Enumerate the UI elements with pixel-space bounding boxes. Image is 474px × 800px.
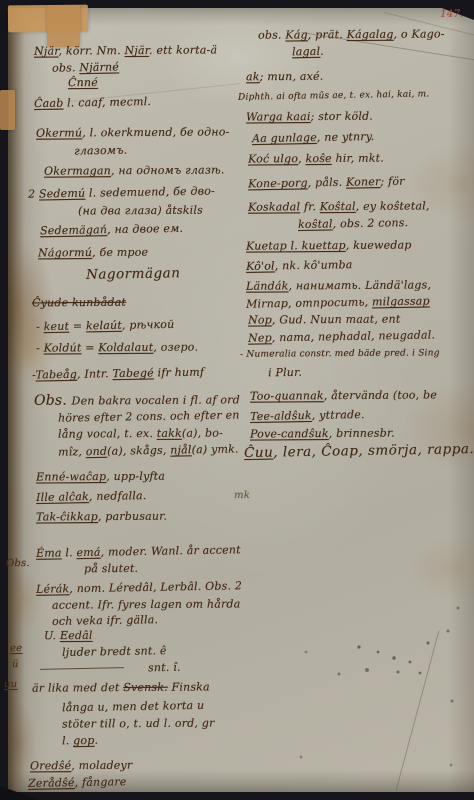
text-segment: = xyxy=(81,341,98,354)
headword: Koć ulgo xyxy=(248,152,298,165)
tape-patch xyxy=(0,90,15,130)
headword: takk xyxy=(157,427,182,440)
margin-note: ee xyxy=(10,643,22,654)
headword: Ĉnné xyxy=(68,76,98,89)
headword: Kone-porg xyxy=(248,176,308,190)
text-segment: , Gud. Nuun maat, ent xyxy=(272,312,401,326)
headword: Njärné xyxy=(79,60,119,74)
text-segment: lång vocal, t. ex. xyxy=(58,427,157,441)
headword: Okermú xyxy=(36,126,82,139)
manuscript-line: Pove-candŝuk, brinnesbr. xyxy=(250,426,395,440)
text-segment: mîz, xyxy=(58,445,86,458)
headword: Kág xyxy=(285,28,308,41)
headword: Kágalag xyxy=(347,28,394,41)
manuscript-line: Warga kaai; stor köld. xyxy=(246,110,373,124)
text-segment: , рѣчкой xyxy=(122,318,175,332)
manuscript-line: obs. Kág, prät. Kágalag, o Kago- xyxy=(258,27,445,41)
headword: Koldalaut xyxy=(98,341,153,354)
manuscript-line: i Plur. xyxy=(268,366,302,380)
text-segment: . xyxy=(94,734,98,747)
text-segment: ee xyxy=(10,643,22,654)
headword: Ländák xyxy=(246,279,289,292)
manuscript-line: U. Eedâl xyxy=(44,629,93,642)
text-segment: accent. Ifr. fyres lagen om hårda xyxy=(52,597,240,611)
text-segment: stöter till o, t. ud l. ord, gr xyxy=(62,716,215,730)
margin-note: ü xyxy=(12,659,19,670)
struck-text: Svensk. xyxy=(123,681,168,694)
manuscript-line: Sedemägań, на двое ем. xyxy=(40,222,183,237)
text-segment: ; mun, axé. xyxy=(260,70,324,83)
headword: Ĉuu xyxy=(244,444,273,461)
headword: Aa gunlage xyxy=(252,131,317,145)
headword: kelaút xyxy=(86,319,122,333)
manuscript-line: Ĉnné xyxy=(68,76,98,89)
text-segment: ; för xyxy=(380,175,404,188)
text-segment: l. xyxy=(62,734,73,747)
text-segment: , ne ytnry. xyxy=(317,130,375,144)
manuscript-line: Obs. Den bakra vocalen i fl. af ord xyxy=(34,391,240,408)
text-segment: , на двое ем. xyxy=(107,222,183,236)
text-segment: (a), bo- xyxy=(182,426,223,439)
manuscript-line: Ille alĉak, nedfalla. xyxy=(36,489,147,504)
headword: Sedemägań xyxy=(40,223,107,237)
text-segment: , kuewedap xyxy=(346,238,412,251)
manuscript-line: Aa gunlage, ne ytnry. xyxy=(252,130,375,145)
headword: gop xyxy=(73,734,95,747)
text-segment: - xyxy=(36,342,44,355)
text-segment: uu xyxy=(4,679,17,690)
text-segment: och veka ifr. gälla. xyxy=(52,613,158,628)
text-segment: , prät. xyxy=(308,28,347,41)
text-segment: , l. okerkmuend, бе одно- xyxy=(82,125,229,139)
text-segment: ljuder bredt snt. ê xyxy=(62,644,167,659)
text-segment: (a), skågs, xyxy=(107,444,170,458)
headword: Okermagan xyxy=(44,164,111,177)
text-segment: . ett korta-ä xyxy=(149,43,217,56)
headword: emá xyxy=(76,546,100,559)
headword: ak xyxy=(246,70,260,83)
text-segment: , ey koŝtetal, xyxy=(356,199,430,213)
headword: Koldút xyxy=(44,341,82,354)
text-segment: (a) ymk. xyxy=(191,442,238,456)
text-segment: l. xyxy=(62,546,77,559)
manuscript-line: Kone-porg, påls. Koner; för xyxy=(248,175,405,191)
manuscript-line: och veka ifr. gälla. xyxy=(52,613,158,628)
text-segment: , brinnesbr. xyxy=(329,426,395,439)
manuscript-line: långa u, men det korta u xyxy=(62,699,204,714)
text-segment: U. xyxy=(44,629,60,642)
headword: lagal xyxy=(292,45,320,58)
text-segment: Nagormägan xyxy=(86,265,181,283)
manuscript-line: snt. î. xyxy=(148,661,181,675)
manuscript-line: Okermagan, на одномъ глазѣ. xyxy=(44,163,225,177)
manuscript-line: Ländák, нанимать. Ländä'lags, xyxy=(246,278,431,292)
headword: Too-quannak xyxy=(250,389,324,403)
manuscript-line: Koć ulgo, koŝe hir, mkt. xyxy=(248,152,384,166)
manuscript-line: Oredŝé, moladeyr xyxy=(30,759,132,773)
manuscript-line: (на два глаза) åtskils xyxy=(78,204,203,218)
manuscript-line: Too-quannak, återvända (too, be xyxy=(250,388,437,402)
text-segment: = xyxy=(69,319,86,332)
headword: Njär xyxy=(124,44,149,57)
headword: Nágormú xyxy=(38,246,92,259)
text-segment: , нанимать. Ländä'lags, xyxy=(288,278,431,292)
text-segment: - Numeralia constr. med bäde pred. i Sin… xyxy=(240,348,440,359)
text-segment: ü xyxy=(12,659,19,670)
text-segment: är lika med det xyxy=(32,681,123,695)
manuscript-line: accent. Ifr. fyres lagen om hårda xyxy=(52,597,240,611)
headword: milgassap xyxy=(372,294,430,308)
tape-patch xyxy=(47,5,80,47)
headword: Ille alĉak xyxy=(36,490,89,504)
text-segment: l. sedemuend, бе дво- xyxy=(85,184,215,199)
headword: Sedemú xyxy=(39,187,86,201)
text-segment: ifr humf xyxy=(154,365,205,379)
text-segment: i Plur. xyxy=(268,366,302,380)
manuscript-line: Enné-waĉap, upp-lyfta xyxy=(36,470,165,484)
text-segment: l. caaf, mecml. xyxy=(63,95,151,110)
headword: njål xyxy=(170,443,192,456)
text-segment: , parbusaur. xyxy=(98,510,167,523)
headword: Tabeåg xyxy=(35,368,77,382)
headword: keut xyxy=(44,320,70,333)
text-segment: Mirnap, отпросить, xyxy=(246,295,372,310)
headword: Éma xyxy=(36,546,62,559)
manuscript-line: Tak-ĉikkap, parbusaur. xyxy=(36,510,167,524)
margin-note: Obs. xyxy=(6,558,30,569)
page-number: 147. xyxy=(440,8,463,20)
text-segment: Den bakra vocalen i fl. af ord xyxy=(71,393,239,407)
manuscript-line: Zerådŝé, fångare xyxy=(28,775,127,790)
text-segment: Obs. xyxy=(6,558,30,569)
headword: koŝtal xyxy=(298,217,333,231)
text-segment: snt. î. xyxy=(148,661,181,675)
text-segment: obs. xyxy=(258,28,285,41)
manuscript-line: - Numeralia constr. med bäde pred. i Sin… xyxy=(240,348,440,359)
manuscript-line: ak; mun, axé. xyxy=(246,70,323,84)
headword: Koŝtal xyxy=(320,200,356,213)
manuscript-line: Kuetap l. kuettap, kuewedap xyxy=(246,238,412,252)
headword: Eedâl xyxy=(60,629,93,642)
text-segment: , påls. xyxy=(308,176,347,190)
headword: Oredŝé xyxy=(30,759,71,772)
margin-note: mk xyxy=(234,490,250,501)
text-segment: , Intr. xyxy=(77,367,113,381)
headword: Zerådŝé xyxy=(28,776,75,790)
headword: Njär xyxy=(34,44,59,57)
text-segment: obs. xyxy=(52,61,80,74)
manuscript-scan: 147. Njär, körr. Nm. Njär. ett korta-ä o… xyxy=(0,0,474,800)
manuscript-line: på slutet. xyxy=(84,562,138,575)
manuscript-line: Nop, Gud. Nuun maat, ent xyxy=(248,312,400,326)
manuscript-line: stöter till o, t. ud l. ord, gr xyxy=(62,716,215,730)
text-segment: mk xyxy=(234,490,250,501)
manuscript-line: ljuder bredt snt. ê xyxy=(62,644,167,659)
text-segment: , körr. Nm. xyxy=(58,44,124,57)
headword: Kuetap l. kuettap xyxy=(246,239,346,253)
headword: Lérák xyxy=(36,582,70,596)
text-segment: , на одномъ глазѣ. xyxy=(111,163,225,177)
manuscript-line: lång vocal, t. ex. takk(a), bo- xyxy=(58,426,223,440)
headword: Tak-ĉikkap xyxy=(36,510,98,523)
manuscript-line: koŝtal, obs. 2 cons. xyxy=(298,216,408,231)
margin-note: uu xyxy=(4,679,17,690)
text-segment: 2 xyxy=(28,187,39,200)
manuscript-line: глазомъ. xyxy=(74,144,128,158)
text-segment: (на два глаза) åtskils xyxy=(78,204,203,218)
manuscript-line: Okermú, l. okerkmuend, бе одно- xyxy=(36,125,230,139)
manuscript-line: Ĉaab l. caaf, mecml. xyxy=(34,95,151,110)
text-segment: , upp-lyfta xyxy=(106,470,165,483)
headword: Warga kaai xyxy=(246,110,311,123)
text-segment: , o Kago- xyxy=(393,27,444,40)
headword: ond xyxy=(86,445,108,458)
text-segment: på slutet. xyxy=(84,562,138,575)
headword: Tee-aldŝuk xyxy=(250,409,312,423)
manuscript-line: Njär, körr. Nm. Njär. ett korta-ä xyxy=(34,43,217,57)
text-segment: , fångare xyxy=(74,775,126,789)
text-segment: Obs. xyxy=(34,392,72,408)
ink-bleed-specks xyxy=(0,0,2,2)
manuscript-line: lagal. xyxy=(292,45,324,59)
manuscript-line: obs. Njärné xyxy=(52,60,119,74)
text-segment: , moder. Wanl. år accent xyxy=(100,543,240,558)
headword: Pove-candŝuk xyxy=(250,427,329,441)
manuscript-line: - Koldút = Koldalaut, озеро. xyxy=(36,340,198,354)
text-segment: , nedfalla. xyxy=(89,489,147,503)
text-segment: ; stor köld. xyxy=(311,110,373,123)
manuscript-line: Ĉyude kunbådat xyxy=(32,296,126,310)
text-segment: Finska xyxy=(168,680,210,693)
headword: Kô'ol xyxy=(246,259,275,272)
text-segment: hir, mkt. xyxy=(332,152,384,165)
text-segment: глазомъ. xyxy=(74,144,128,158)
headword: Enné-waĉap xyxy=(36,470,106,483)
manuscript-line: är lika med det Svensk. Finska xyxy=(32,680,210,694)
text-segment: , озеро. xyxy=(153,340,198,353)
text-segment: fr. xyxy=(300,200,320,213)
manuscript-line: - keut = kelaút, рѣчкой xyxy=(36,318,175,333)
headword: koŝe xyxy=(305,152,331,165)
headword: Tabegé xyxy=(112,366,154,380)
manuscript-line: Koskadal fr. Koŝtal, ey koŝtetal, xyxy=(248,199,430,213)
headword: Koskadal xyxy=(248,200,300,213)
manuscript-line: l. gop. xyxy=(62,734,98,748)
manuscript-line: Nágormú, бе трое xyxy=(38,246,148,260)
text-segment: , obs. 2 cons. xyxy=(333,216,409,230)
struck-text: Ĉyude kunbådat xyxy=(32,296,126,310)
text-segment: , återvända (too, be xyxy=(324,388,437,402)
manuscript-line: Tee-aldŝuk, yttrade. xyxy=(250,408,365,423)
manuscript-line: Kô'ol, nk. kô'umba xyxy=(246,258,353,273)
text-segment: , бе трое xyxy=(92,246,148,259)
text-segment: . xyxy=(320,45,324,58)
text-segment: långa u, men det korta u xyxy=(62,699,204,714)
headword: Koner xyxy=(346,175,381,189)
text-segment: , moladeyr xyxy=(71,759,132,772)
text-segment: , nk. kô'umba xyxy=(275,258,353,272)
headword: Ĉaab xyxy=(34,97,64,111)
manuscript-line: Nagormägan xyxy=(86,265,181,283)
headword: Nop xyxy=(248,313,272,326)
headword: Nep xyxy=(248,331,272,344)
text-segment: , yttrade. xyxy=(312,408,365,422)
